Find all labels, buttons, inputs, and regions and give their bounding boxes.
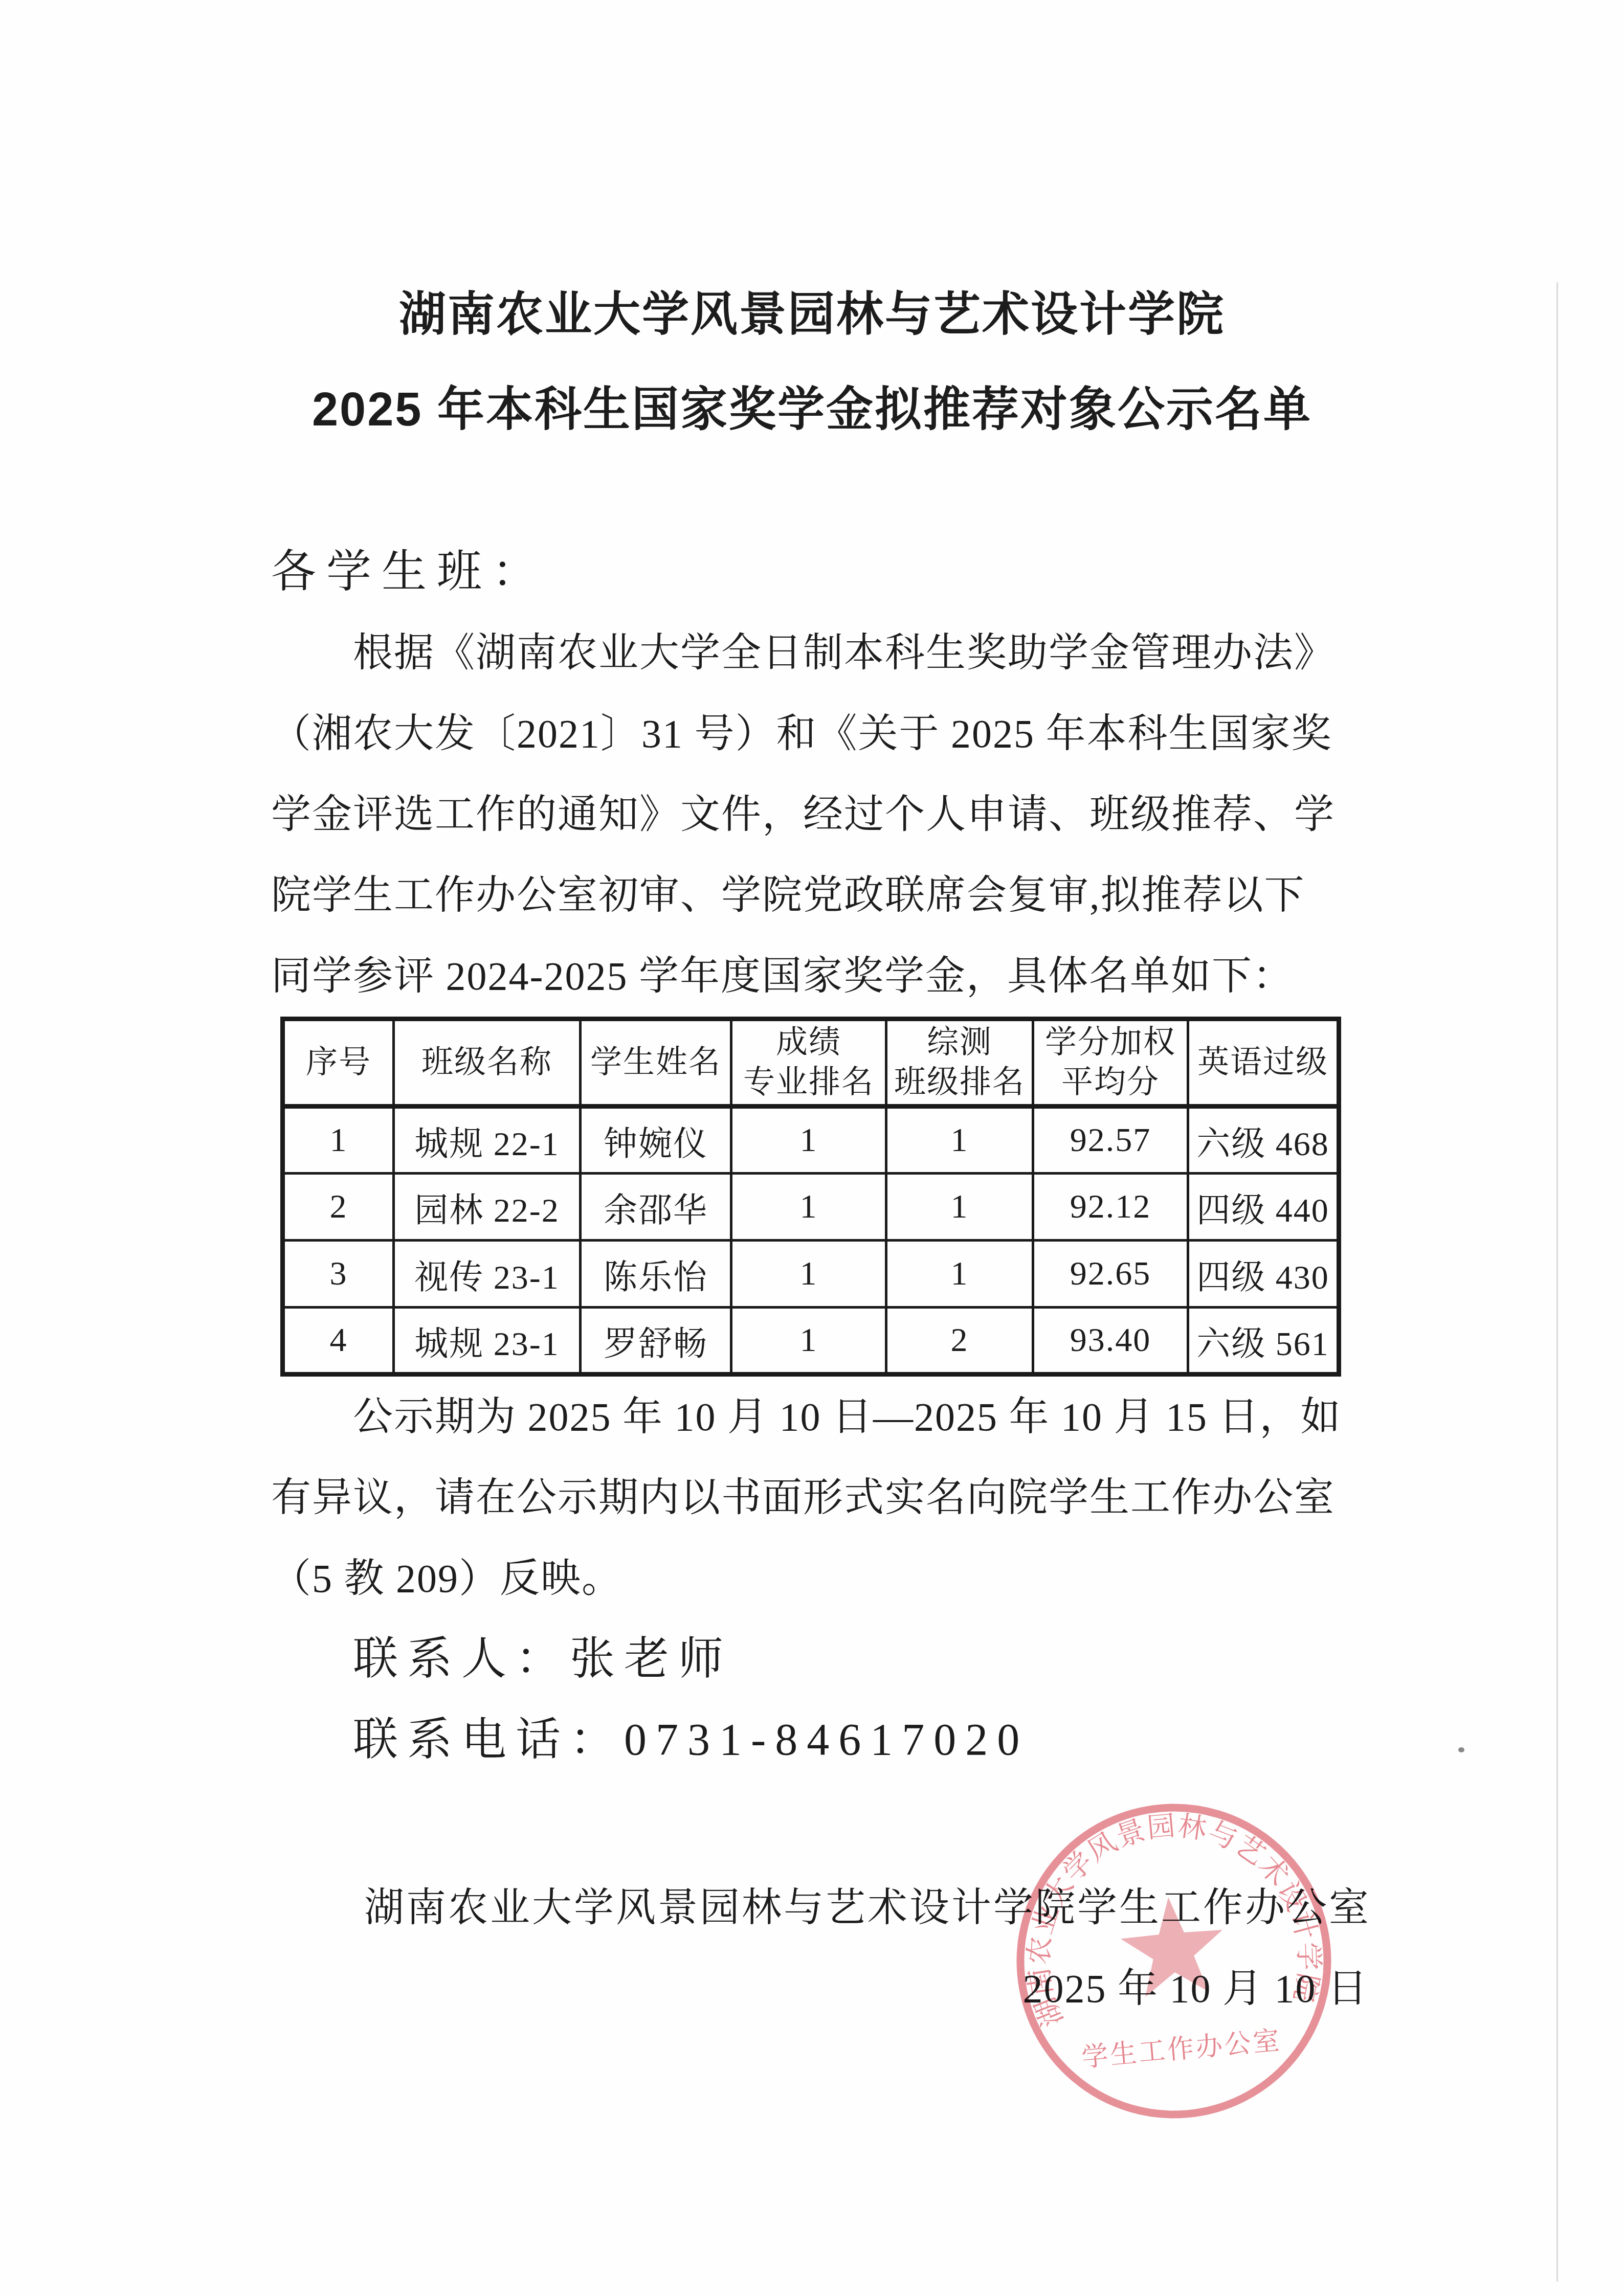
cell-grade-rank: 1	[731, 1174, 886, 1241]
blank-spacer	[271, 1781, 1345, 1867]
cell-weighted-average: 93.40	[1033, 1308, 1188, 1375]
cell-student-name: 钟婉仪	[581, 1107, 731, 1174]
table-row: 1 城规 22-1 钟婉仪 1 1 92.57 六级 468	[283, 1107, 1339, 1174]
cell-class: 视传 23-1	[394, 1241, 581, 1308]
paragraph-2-line-1: 公示期为 2025 年 10 月 10 日—2025 年 10 月 15 日，如	[271, 1377, 1345, 1457]
scan-artifact-vline	[1556, 282, 1558, 2282]
cell-assessment-rank: 1	[886, 1107, 1033, 1174]
cell-grade-rank: 1	[731, 1241, 886, 1308]
contact-phone-line: 联系电话：0731-84617020	[271, 1700, 1345, 1781]
cell-weighted-average: 92.57	[1033, 1107, 1188, 1174]
cell-student-name: 罗舒畅	[581, 1308, 731, 1375]
contact-person-line: 联系人：张老师	[271, 1619, 1345, 1700]
cell-english-level: 四级 440	[1188, 1174, 1339, 1241]
paragraph-1-line-1: 根据《湖南农业大学全日制本科生奖助学金管理办法》	[271, 613, 1345, 693]
header-cell-class: 班级名称	[394, 1019, 581, 1107]
paragraph-1-line-2: （湘农大发〔2021〕31 号）和《关于 2025 年本科生国家奖	[271, 693, 1345, 774]
header-cell-assessment-rank: 综测班级排名	[886, 1019, 1033, 1107]
header-cell-english-level: 英语过级	[1188, 1019, 1339, 1107]
cell-student-name: 余邵华	[581, 1174, 731, 1241]
paragraph-2-line-2: 有异议，请在公示期内以书面形式实名向院学生工作办公室	[271, 1457, 1345, 1538]
stamp-bottom-text: 学生工作办公室	[1080, 2026, 1282, 2073]
cell-student-name: 陈乐怡	[581, 1241, 731, 1308]
header-cell-weighted-average: 学分加权平均分	[1033, 1019, 1188, 1107]
table-row: 4 城规 23-1 罗舒畅 1 2 93.40 六级 561	[283, 1308, 1339, 1375]
cell-index: 4	[283, 1308, 394, 1375]
cell-english-level: 四级 430	[1188, 1241, 1339, 1308]
table-row: 3 视传 23-1 陈乐怡 1 1 92.65 四级 430	[283, 1241, 1339, 1308]
scan-artifact-dot	[1458, 1747, 1464, 1752]
header-cell-grade-rank: 成绩专业排名	[731, 1019, 886, 1107]
cell-class: 园林 22-2	[394, 1174, 581, 1241]
doc-title-line1: 湖南农业大学风景园林与艺术设计学院	[0, 276, 1624, 353]
scholarship-candidates-table: 序号 班级名称 学生姓名 成绩专业排名 综测班级排名 学分加权平均分 英语过级 …	[280, 1017, 1341, 1377]
table-row: 2 园林 22-2 余邵华 1 1 92.12 四级 440	[283, 1174, 1339, 1241]
cell-assessment-rank: 2	[886, 1308, 1033, 1375]
cell-class: 城规 23-1	[394, 1308, 581, 1375]
salutation: 各学生班：	[271, 532, 1345, 613]
cell-index: 2	[283, 1174, 394, 1241]
cell-weighted-average: 92.12	[1033, 1174, 1188, 1241]
paragraph-1-line-3: 学金评选工作的通知》文件，经过个人申请、班级推荐、学	[271, 774, 1345, 855]
cell-assessment-rank: 1	[886, 1174, 1033, 1241]
paragraph-2: 公示期为 2025 年 10 月 10 日—2025 年 10 月 15 日，如…	[271, 1377, 1345, 1619]
paragraph-1-line-5: 同学参评 2024-2025 学年度国家奖学金，具体名单如下：	[271, 936, 1345, 1017]
cell-class: 城规 22-1	[394, 1107, 581, 1174]
cell-index: 3	[283, 1241, 394, 1308]
header-cell-student-name: 学生姓名	[581, 1019, 731, 1107]
signature-date-line: 2025 年 10 月 10 日	[271, 1948, 1368, 2029]
cell-weighted-average: 92.65	[1033, 1241, 1188, 1308]
signature-office-line: 湖南农业大学风景园林与艺术设计学院学生工作办公室	[271, 1867, 1371, 1948]
document-page: 湖南农业大学风景园林与艺术设计学院 2025 年本科生国家奖学金拟推荐对象公示名…	[0, 0, 1624, 2296]
cell-grade-rank: 1	[731, 1107, 886, 1174]
cell-english-level: 六级 468	[1188, 1107, 1339, 1174]
cell-english-level: 六级 561	[1188, 1308, 1339, 1375]
paragraph-1-line-4: 院学生工作办公室初审、学院党政联席会复审,拟推荐以下	[271, 855, 1345, 936]
paragraph-1: 根据《湖南农业大学全日制本科生奖助学金管理办法》 （湘农大发〔2021〕31 号…	[271, 613, 1345, 1017]
cell-grade-rank: 1	[731, 1308, 886, 1375]
document-body: 各学生班： 根据《湖南农业大学全日制本科生奖助学金管理办法》 （湘农大发〔202…	[271, 532, 1345, 2029]
paragraph-2-line-3: （5 教 209）反映。	[271, 1538, 1345, 1619]
doc-title-line2: 2025 年本科生国家奖学金拟推荐对象公示名单	[0, 371, 1624, 448]
header-cell-index: 序号	[283, 1019, 394, 1107]
cell-assessment-rank: 1	[886, 1241, 1033, 1308]
cell-index: 1	[283, 1107, 394, 1174]
table-header-row: 序号 班级名称 学生姓名 成绩专业排名 综测班级排名 学分加权平均分 英语过级	[283, 1019, 1339, 1107]
